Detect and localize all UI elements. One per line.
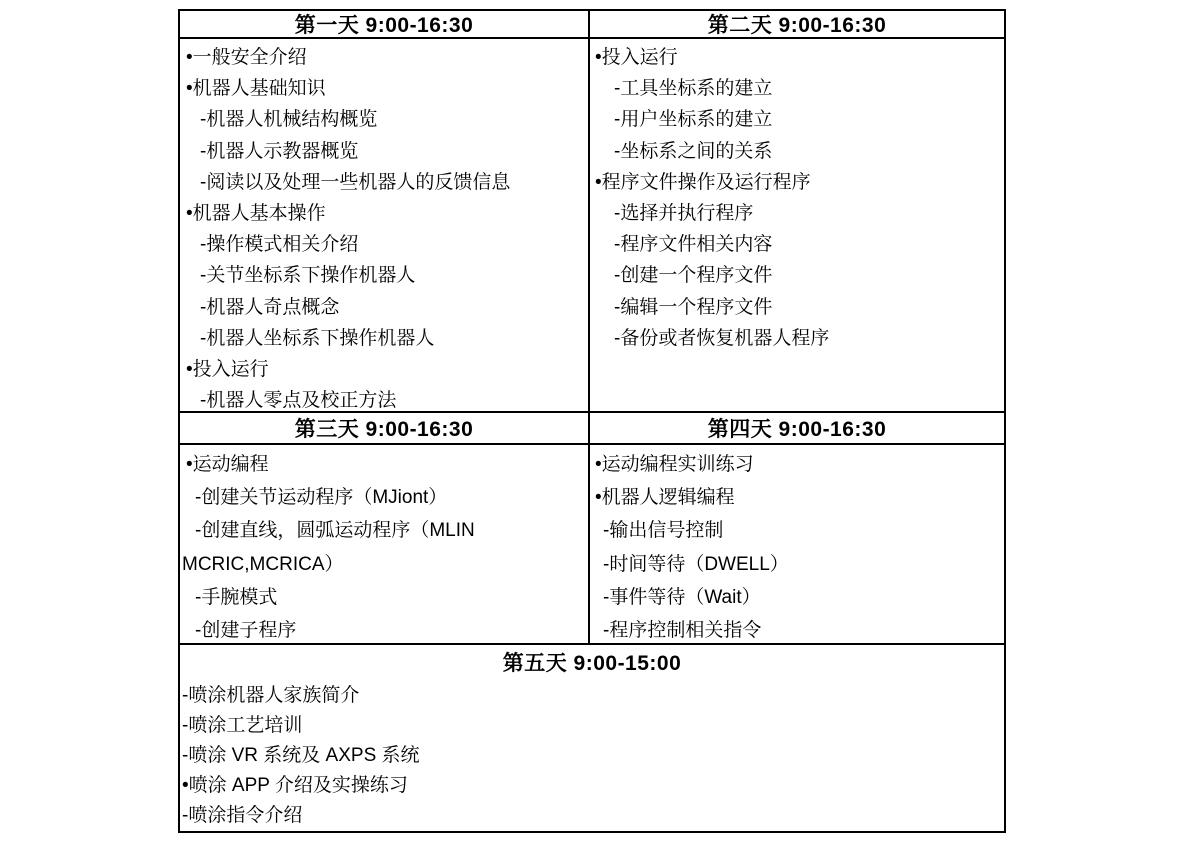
schedule-item: •运动编程实训练习 — [595, 448, 1004, 481]
day5-content: -喷涂机器人家族简介-喷涂工艺培训-喷涂 VR 系统及 AXPS 系统•喷涂 A… — [180, 678, 1004, 831]
schedule-item: •一般安全介绍 — [186, 42, 588, 73]
schedule-item: •机器人基础知识 — [186, 73, 588, 104]
schedule-item: -编辑一个程序文件 — [595, 292, 1004, 323]
day4-header: 第四天 9:00-16:30 — [590, 413, 1004, 443]
header-row-day3-day4: 第三天 9:00-16:30 第四天 9:00-16:30 — [180, 413, 1004, 445]
schedule-item: -机器人示教器概览 — [186, 136, 588, 167]
schedule-item: •喷涂 APP 介绍及实操练习 — [182, 771, 1004, 801]
day5-header: 第五天 9:00-15:00 — [180, 645, 1004, 678]
schedule-item: -喷涂机器人家族简介 — [182, 681, 1004, 711]
schedule-item: -创建一个程序文件 — [595, 260, 1004, 291]
schedule-item: -喷涂工艺培训 — [182, 711, 1004, 741]
schedule-item: •程序文件操作及运行程序 — [595, 167, 1004, 198]
schedule-item: -事件等待（Wait） — [595, 581, 1004, 614]
schedule-item: -创建直线，圆弧运动程序（MLIN — [186, 514, 588, 547]
training-schedule-table: 第一天 9:00-16:30 第二天 9:00-16:30 •一般安全介绍•机器… — [178, 9, 1006, 833]
schedule-item: -工具坐标系的建立 — [595, 73, 1004, 104]
schedule-item: -选择并执行程序 — [595, 198, 1004, 229]
schedule-item: •机器人逻辑编程 — [595, 481, 1004, 514]
schedule-item: -坐标系之间的关系 — [595, 136, 1004, 167]
schedule-item: •投入运行 — [186, 354, 588, 385]
schedule-item: •机器人基本操作 — [186, 198, 588, 229]
schedule-item: MCRIC,MCRICA） — [182, 548, 588, 581]
schedule-item: -关节坐标系下操作机器人 — [186, 260, 588, 291]
day5-section: 第五天 9:00-15:00 -喷涂机器人家族简介-喷涂工艺培训-喷涂 VR 系… — [180, 645, 1004, 831]
day1-header: 第一天 9:00-16:30 — [180, 11, 590, 37]
schedule-item: -操作模式相关介绍 — [186, 229, 588, 260]
schedule-item: -机器人机械结构概览 — [186, 104, 588, 135]
schedule-item: -阅读以及处理一些机器人的反馈信息 — [186, 167, 588, 198]
schedule-item: -创建关节运动程序（MJiont） — [186, 481, 588, 514]
content-row-day1-day2: •一般安全介绍•机器人基础知识-机器人机械结构概览-机器人示教器概览-阅读以及处… — [180, 39, 1004, 413]
day2-content: •投入运行-工具坐标系的建立-用户坐标系的建立-坐标系之间的关系•程序文件操作及… — [590, 39, 1004, 411]
schedule-item: -机器人零点及校正方法 — [186, 385, 588, 411]
schedule-item: -时间等待（DWELL） — [595, 548, 1004, 581]
schedule-item: -用户坐标系的建立 — [595, 104, 1004, 135]
schedule-item: •运动编程 — [186, 448, 588, 481]
schedule-item: -手腕模式 — [186, 581, 588, 614]
header-row-day1-day2: 第一天 9:00-16:30 第二天 9:00-16:30 — [180, 11, 1004, 39]
content-row-day3-day4: •运动编程-创建关节运动程序（MJiont）-创建直线，圆弧运动程序（MLINM… — [180, 445, 1004, 645]
day1-content: •一般安全介绍•机器人基础知识-机器人机械结构概览-机器人示教器概览-阅读以及处… — [180, 39, 590, 411]
schedule-item: -输出信号控制 — [595, 514, 1004, 547]
day3-content: •运动编程-创建关节运动程序（MJiont）-创建直线，圆弧运动程序（MLINM… — [180, 445, 590, 643]
day3-header: 第三天 9:00-16:30 — [180, 413, 590, 443]
schedule-item: -机器人坐标系下操作机器人 — [186, 323, 588, 354]
schedule-item: -喷涂 VR 系统及 AXPS 系统 — [182, 741, 1004, 771]
day2-header: 第二天 9:00-16:30 — [590, 11, 1004, 37]
schedule-item: -创建子程序 — [186, 614, 588, 643]
schedule-item: -备份或者恢复机器人程序 — [595, 323, 1004, 354]
schedule-item: -程序控制相关指令 — [595, 614, 1004, 643]
day4-content: •运动编程实训练习•机器人逻辑编程-输出信号控制-时间等待（DWELL）-事件等… — [590, 445, 1004, 643]
schedule-item: -程序文件相关内容 — [595, 229, 1004, 260]
schedule-item: •投入运行 — [595, 42, 1004, 73]
schedule-item: -机器人奇点概念 — [186, 292, 588, 323]
schedule-item: -喷涂指令介绍 — [182, 801, 1004, 831]
